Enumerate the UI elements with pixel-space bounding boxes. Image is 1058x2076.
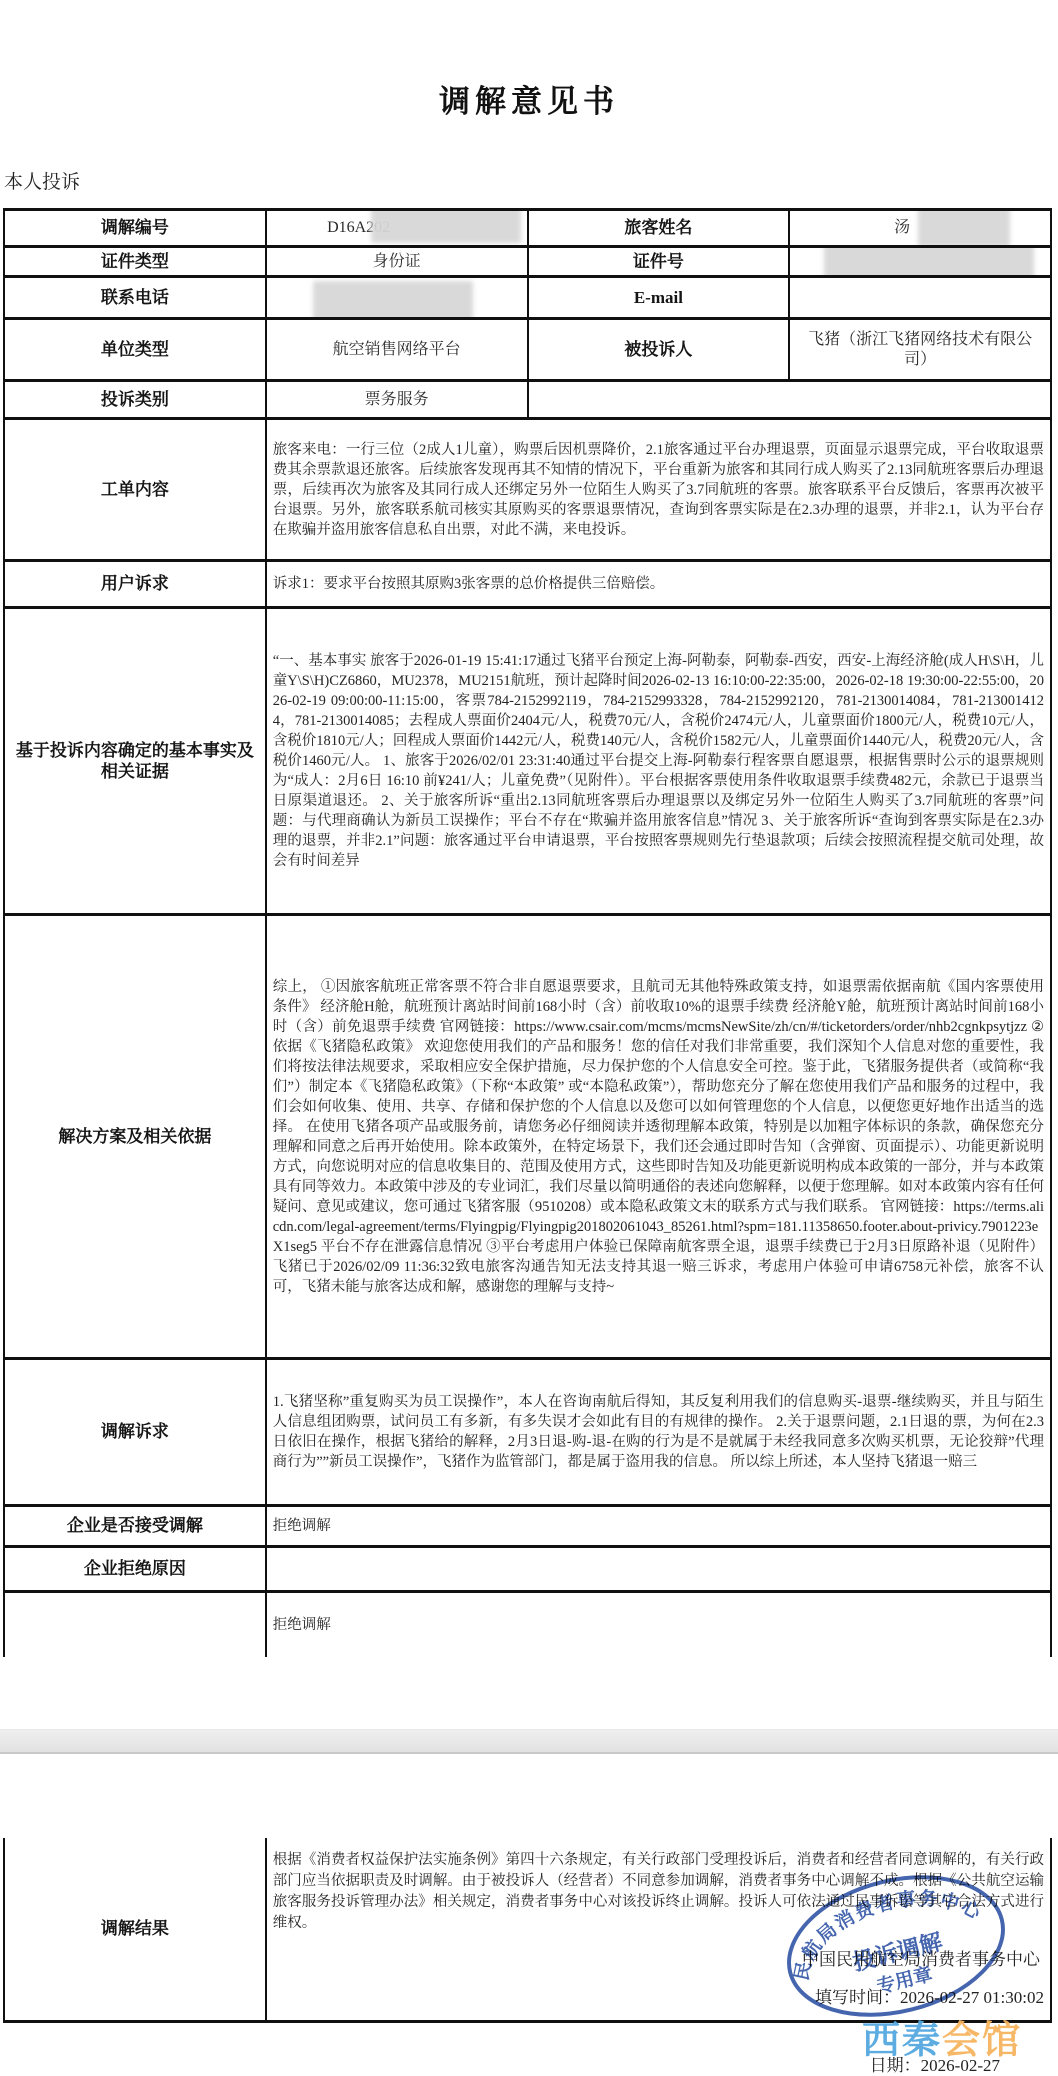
field-value-facts: “一、基本事实 旅客于2026-01-19 15:41:17通过飞猪平台预定上海…	[266, 608, 1051, 915]
field-label-blank	[4, 1592, 266, 1658]
redaction-box	[371, 210, 521, 244]
table-row: 解决方案及相关依据 综上， ①因旅客航班正常客票不符合非自愿退票要求，且航司无其…	[4, 915, 1051, 1359]
field-value-mediation-result: 根据《消费者权益保护法实施条例》第四十六条规定，有关行政部门受理投诉后，消费者和…	[266, 1838, 1051, 2022]
field-label-passenger-name: 旅客姓名	[528, 210, 790, 247]
table-row: 投诉类别 票务服务	[4, 381, 1051, 419]
field-label-mediation-result: 调解结果	[4, 1838, 266, 2022]
field-label-email: E-mail	[528, 277, 790, 319]
document-title: 调解意见书	[0, 0, 1058, 121]
stamp-line1: 投诉调解	[850, 1928, 945, 1975]
field-label-complaint-type: 投诉类别	[4, 381, 266, 419]
field-label-id-number: 证件号	[528, 247, 790, 277]
table-row: 证件类型 身份证 证件号	[4, 247, 1051, 277]
field-value-unit-type: 航空销售网络平台	[266, 319, 528, 381]
field-value-mediation-no: D16A202	[266, 210, 528, 247]
field-label-user-demand: 用户诉求	[4, 561, 266, 608]
table-row: 拒绝调解	[4, 1592, 1051, 1658]
field-label-id-type: 证件类型	[4, 247, 266, 277]
field-value-refuse-reason	[266, 1547, 1051, 1592]
page-break-band	[0, 1729, 1058, 1754]
field-value-respondent: 飞猪（浙江飞猪网络技术有限公司）	[789, 319, 1051, 381]
table-row: 调解编号 D16A202 旅客姓名 汤	[4, 210, 1051, 247]
field-label-refuse-reason: 企业拒绝原因	[4, 1547, 266, 1592]
field-value-work-order: 旅客来电：一行三位（2成人1儿童），购票后因机票降价，2.1旅客通过平台办理退票…	[266, 419, 1051, 561]
redaction-box	[824, 247, 1034, 277]
field-value-id-number	[789, 247, 1051, 277]
field-label-mediation-no: 调解编号	[4, 210, 266, 247]
field-label-facts: 基于投诉内容确定的基本事实及相关证据	[4, 608, 266, 915]
field-value-email	[789, 277, 1051, 319]
field-value-phone	[266, 277, 528, 319]
table-row: 企业拒绝原因	[4, 1547, 1051, 1592]
field-label-mediation-demand: 调解诉求	[4, 1359, 266, 1506]
watermark-part1: 西秦	[862, 2020, 942, 2062]
table-row: 联系电话 E-mail	[4, 277, 1051, 319]
field-label-respondent: 被投诉人	[528, 319, 790, 381]
field-value-id-type: 身份证	[266, 247, 528, 277]
table-row: 企业是否接受调解 拒绝调解	[4, 1506, 1051, 1547]
mediation-form-table: 调解编号 D16A202 旅客姓名 汤 证件类型 身份证 证件号 联系电话 E-…	[3, 208, 1052, 1657]
page-gap	[0, 1754, 1058, 1824]
table-row: 调解结果 根据《消费者权益保护法实施条例》第四十六条规定，有关行政部门受理投诉后…	[4, 1838, 1051, 2022]
document-page: 调解意见书 本人投诉 调解编号 D16A202 旅客姓名 汤 证件类型 身份证 …	[0, 0, 1058, 2076]
field-value-mediation-demand: 1.飞猪坚称”重复购买为员工误操作”，本人在咨询南航后得知，其反复利用我们的信息…	[266, 1359, 1051, 1506]
field-value-accept-mediation: 拒绝调解	[266, 1506, 1051, 1547]
field-label-phone: 联系电话	[4, 277, 266, 319]
field-label-solution: 解决方案及相关依据	[4, 915, 266, 1359]
table-row: 调解诉求 1.飞猪坚称”重复购买为员工误操作”，本人在咨询南航后得知，其反复利用…	[4, 1359, 1051, 1506]
field-label-work-order: 工单内容	[4, 419, 266, 561]
table-row: 单位类型 航空销售网络平台 被投诉人 飞猪（浙江飞猪网络技术有限公司）	[4, 319, 1051, 381]
field-value-complaint-type: 票务服务	[266, 381, 528, 419]
table-row: 基于投诉内容确定的基本事实及相关证据 “一、基本事实 旅客于2026-01-19…	[4, 608, 1051, 915]
redaction-box	[918, 210, 1010, 247]
field-label-unit-type: 单位类型	[4, 319, 266, 381]
field-value-solution: 综上， ①因旅客航班正常客票不符合非自愿退票要求，且航司无其他特殊政策支持，如退…	[266, 915, 1051, 1359]
table-row: 用户诉求 诉求1：要求平台按照其原购3张客票的总价格提供三倍赔偿。	[4, 561, 1051, 608]
field-value-refuse-again: 拒绝调解	[266, 1592, 1051, 1658]
field-value-user-demand: 诉求1：要求平台按照其原购3张客票的总价格提供三倍赔偿。	[266, 561, 1051, 608]
table-row: 工单内容 旅客来电：一行三位（2成人1儿童），购票后因机票降价，2.1旅客通过平…	[4, 419, 1051, 561]
section-label: 本人投诉	[4, 167, 1058, 194]
watermark-part2: 会馆	[942, 2020, 1022, 2062]
field-value-empty	[528, 381, 1052, 419]
field-label-accept-mediation: 企业是否接受调解	[4, 1506, 266, 1547]
field-value-passenger-name: 汤	[789, 210, 1051, 247]
mediation-result-table: 调解结果 根据《消费者权益保护法实施条例》第四十六条规定，有关行政部门受理投诉后…	[3, 1838, 1052, 2023]
redaction-box	[313, 281, 473, 319]
